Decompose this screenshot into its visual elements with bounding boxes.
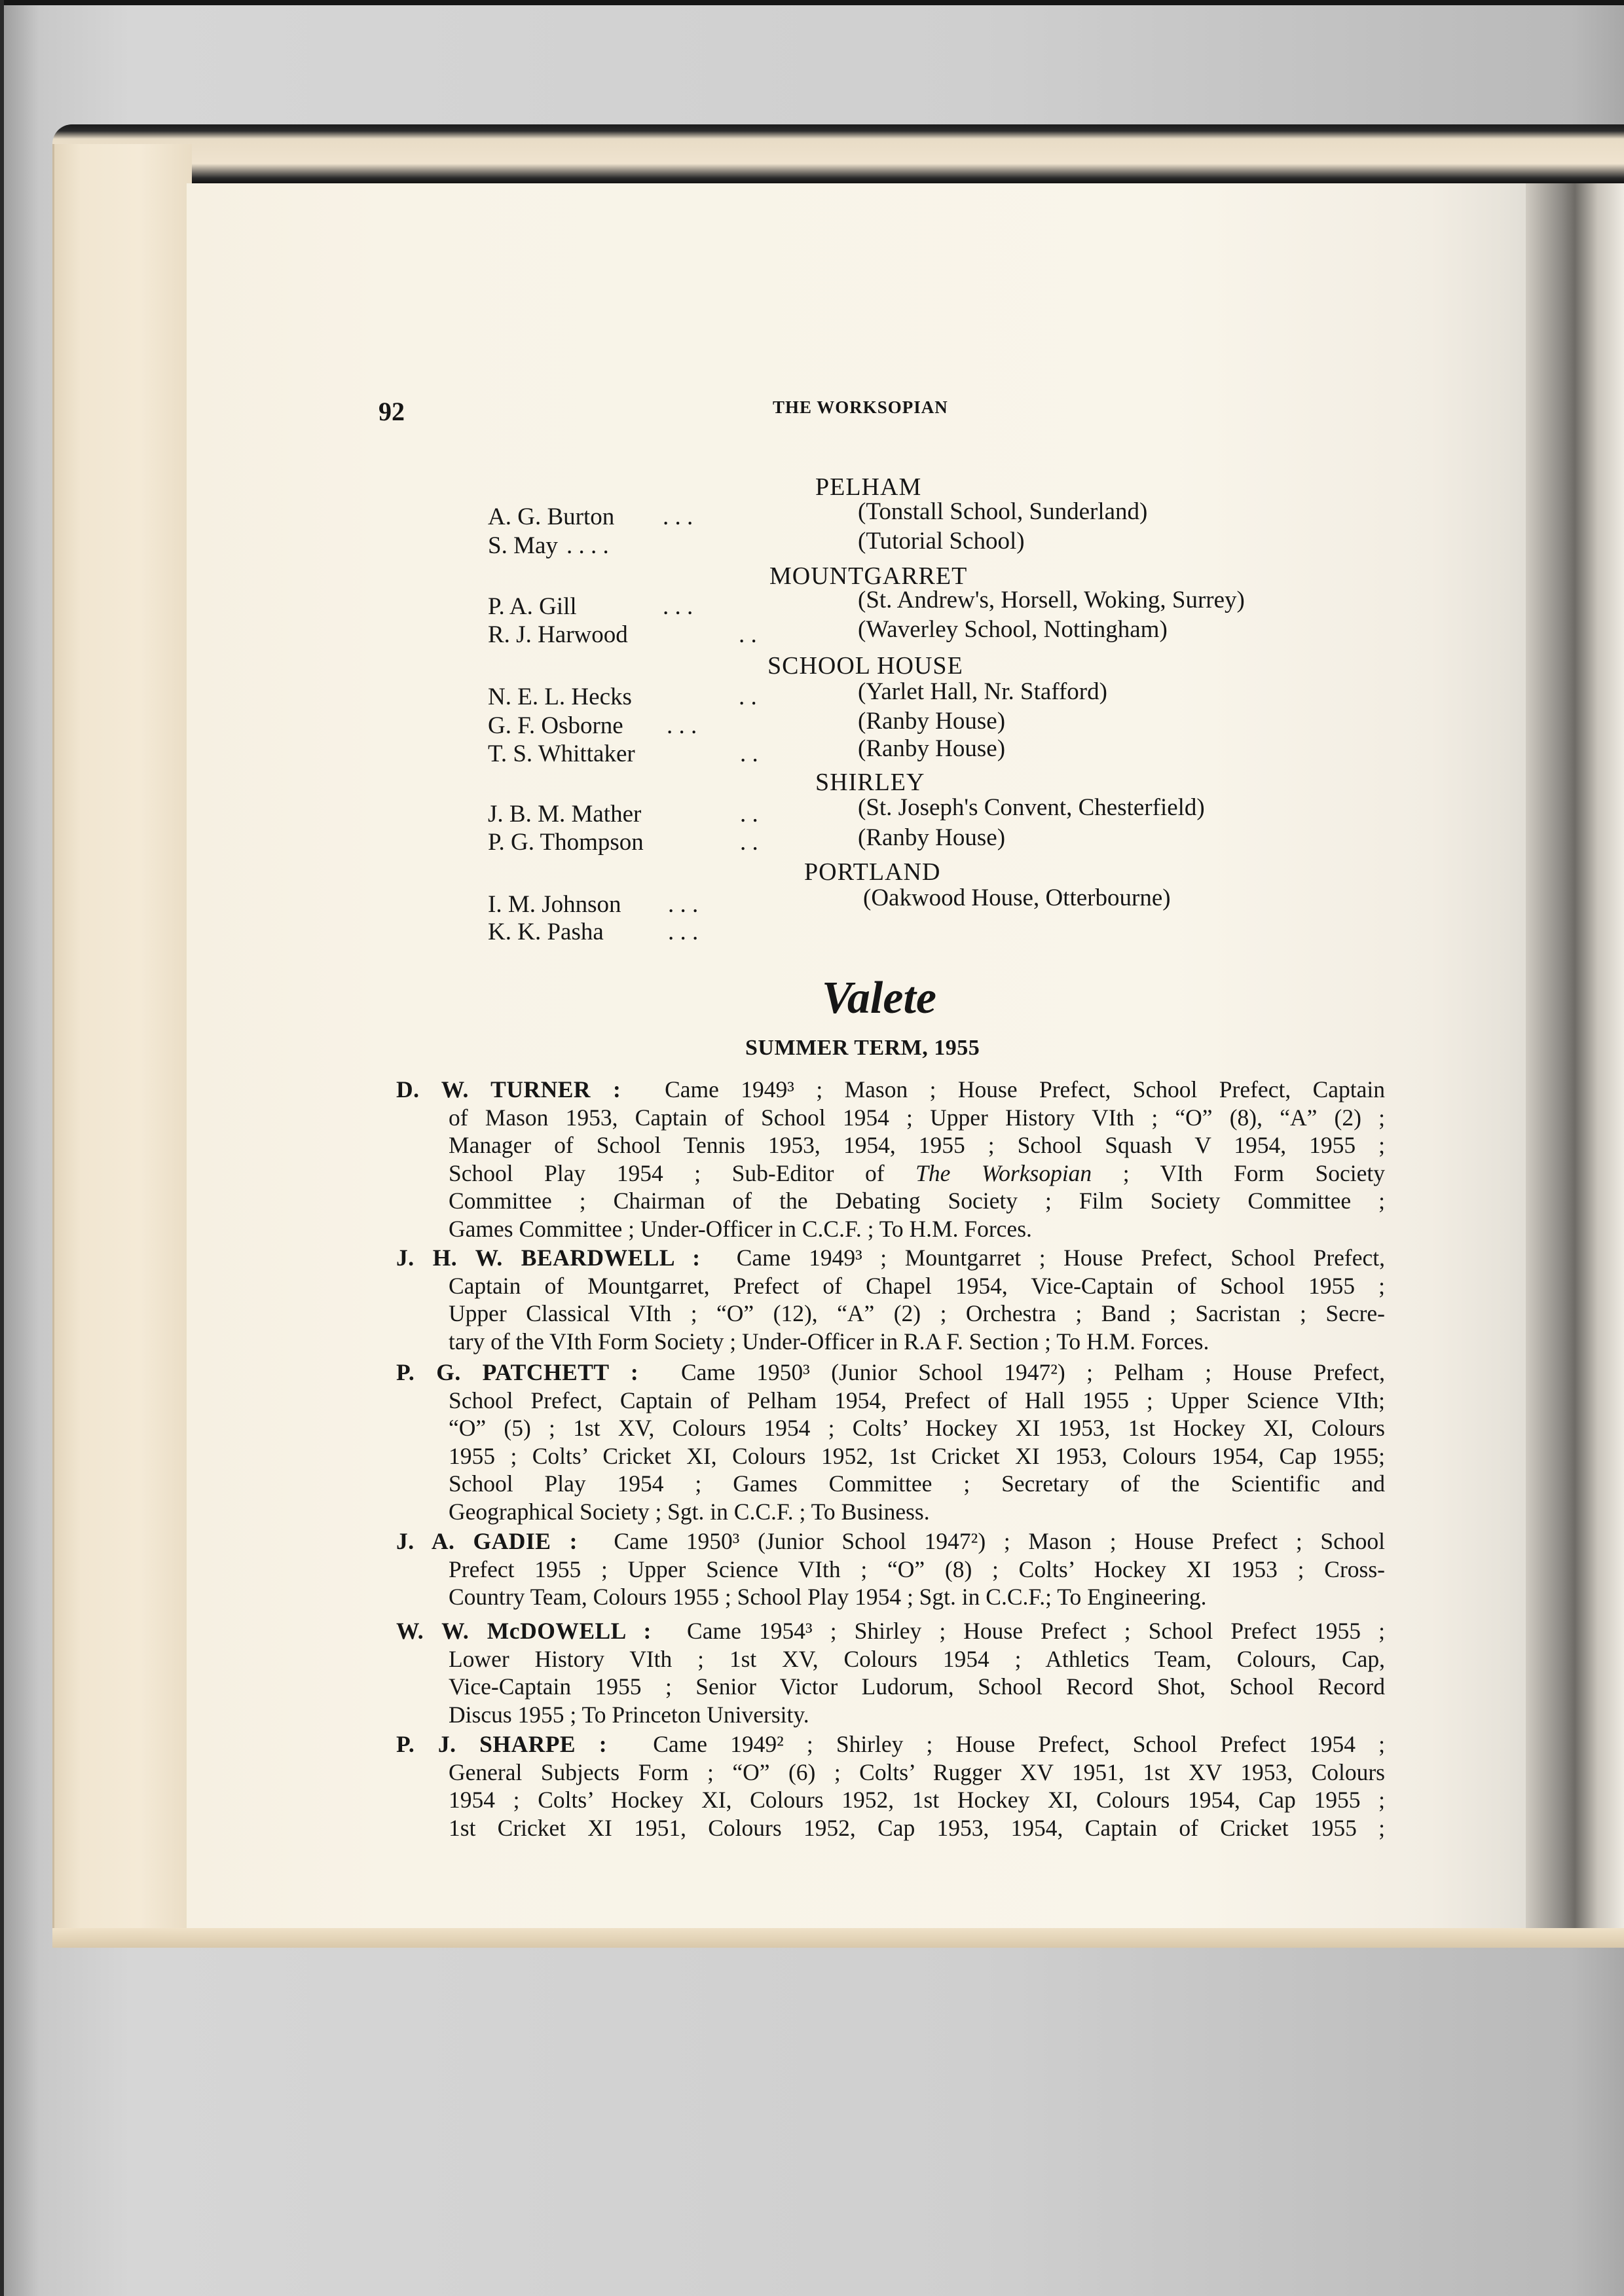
pupil-name: P. G. Thompson — [488, 828, 644, 856]
valete-entry-sharpe: P. J. SHARPE : Came 1949² ; Shirley ; Ho… — [396, 1730, 1385, 1842]
book-cover-bottom-edge — [52, 1928, 1624, 1948]
pupil-name: G. F. Osborne — [488, 712, 623, 740]
pupil-name: K. K. Pasha — [488, 918, 604, 946]
leader-dots: . . . . — [566, 532, 609, 560]
previous-school: (Tutorial School) — [858, 527, 1025, 555]
magazine-title: The Worksopian — [915, 1160, 1092, 1186]
previous-school: (Yarlet Hall, Nr. Stafford) — [858, 678, 1107, 706]
page-number: 92 — [378, 396, 405, 427]
valete-entry-mcdowell: W. W. McDOWELL : Came 1954³ ; Shirley ; … — [396, 1617, 1385, 1728]
leader-dots: . . — [739, 621, 757, 649]
previous-school: (Ranby House) — [858, 707, 1005, 735]
previous-school: (St. Joseph's Convent, Chesterfield) — [858, 793, 1205, 822]
previous-school: (Ranby House) — [858, 824, 1005, 852]
pupil-name: S. May — [488, 532, 558, 560]
leader-dots: . . . — [663, 503, 693, 531]
leader-dots: . . — [740, 800, 758, 828]
house-heading-shirley: SHIRLEY — [815, 768, 925, 797]
pupil-name: P. A. Gill — [488, 592, 577, 621]
leaver-name: J. H. W. BEARDWELL : — [396, 1245, 701, 1271]
scan-border-top — [0, 0, 1624, 5]
leader-dots: . . . — [668, 890, 698, 919]
book-cover-left-edge — [52, 144, 192, 1944]
house-heading-school-house: SCHOOL HOUSE — [767, 651, 963, 680]
leader-dots: . . . — [667, 712, 697, 740]
running-head: THE WORKSOPIAN — [773, 397, 948, 418]
previous-school: (Tonstall School, Sunderland) — [858, 498, 1147, 526]
previous-school: (Ranby House) — [858, 735, 1005, 763]
pupil-name: I. M. Johnson — [488, 890, 621, 919]
pupil-name: N. E. L. Hecks — [488, 683, 632, 711]
leaver-name: J. A. GADIE : — [396, 1528, 578, 1554]
previous-school: (Waverley School, Nottingham) — [858, 615, 1168, 644]
leaver-name: P. J. SHARPE : — [396, 1731, 607, 1757]
scan-border-left — [0, 0, 4, 2296]
book-gutter-shadow — [1526, 183, 1624, 1928]
valete-entry-beardwell: J. H. W. BEARDWELL : Came 1949³ ; Mountg… — [396, 1244, 1385, 1355]
previous-school: (Oakwood House, Otterbourne) — [863, 884, 1171, 912]
house-heading-portland: PORTLAND — [804, 858, 940, 886]
pupil-name: R. J. Harwood — [488, 621, 628, 649]
leaver-name: W. W. McDOWELL : — [396, 1618, 652, 1644]
leader-dots: . . — [740, 740, 758, 768]
term-heading: SUMMER TERM, 1955 — [745, 1036, 980, 1061]
valete-title: Valete — [822, 972, 936, 1025]
previous-school: (St. Andrew's, Horsell, Woking, Surrey) — [858, 586, 1245, 614]
valete-entry-gadie: J. A. GADIE : Came 1950³ (Junior School … — [396, 1527, 1385, 1611]
pupil-name: J. B. M. Mather — [488, 800, 641, 828]
valete-entry-patchett: P. G. PATCHETT : Came 1950³ (Junior Scho… — [396, 1358, 1385, 1525]
pupil-name: A. G. Burton — [488, 503, 614, 531]
leader-dots: . . . — [663, 592, 693, 621]
leader-dots: . . — [740, 828, 758, 856]
leaver-name: P. G. PATCHETT : — [396, 1359, 638, 1385]
valete-entry-turner: D. W. TURNER : Came 1949³ ; Mason ; Hous… — [396, 1076, 1385, 1243]
leader-dots: . . — [739, 683, 757, 711]
leader-dots: . . . — [668, 918, 698, 946]
pupil-name: T. S. Whittaker — [488, 740, 635, 768]
leaver-name: D. W. TURNER : — [396, 1076, 621, 1102]
book-cover-top-edge — [52, 124, 1624, 183]
